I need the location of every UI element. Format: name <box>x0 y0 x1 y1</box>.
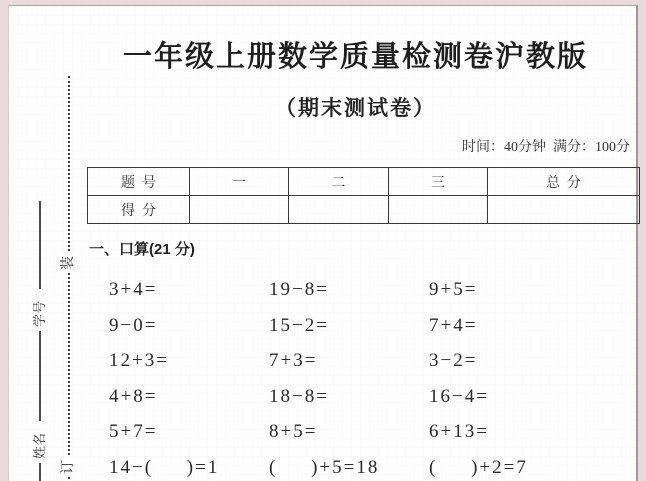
problem-cell: 3−2= <box>429 343 642 379</box>
paper-content: 一年级上册数学质量检测卷沪教版 （期末测试卷） 时间：40分钟 满分：100分 … <box>69 11 642 481</box>
problem-cell: ( )+2=7 <box>429 450 642 481</box>
problem-cell: 19−8= <box>269 272 429 308</box>
problem-cell: 12+3= <box>109 343 269 379</box>
problem-cell: 4+8= <box>109 379 269 415</box>
problem-cell: 3+4= <box>109 272 269 308</box>
score-blank-cell <box>389 196 488 224</box>
problem-cell: 9−0= <box>109 308 269 344</box>
problem-cell: 6+13= <box>429 414 642 450</box>
exam-meta: 时间：40分钟 满分：100分 <box>69 139 642 157</box>
name-blank-line <box>39 331 41 421</box>
student-id-label: 学号 <box>32 300 48 328</box>
score-blank-cell <box>488 196 640 224</box>
name-label: 姓名 <box>32 432 48 460</box>
problem-cell: 14−( )=1 <box>109 450 269 481</box>
score-table: 题 号 一 二 三 总 分 得 分 <box>87 167 640 224</box>
problem-cell: 16−4= <box>429 379 642 415</box>
problem-cell: 5+7= <box>109 414 269 450</box>
score-table-score-row: 得 分 <box>88 196 640 224</box>
problem-cell: 7+3= <box>269 343 429 379</box>
header-cell-question-number: 题 号 <box>88 168 190 196</box>
header-cell-section-one: 一 <box>190 168 289 196</box>
header-cell-section-two: 二 <box>289 168 389 196</box>
problem-cell: 7+4= <box>429 308 642 344</box>
student-id-blank-line <box>39 201 41 289</box>
score-table-header-row: 题 号 一 二 三 总 分 <box>88 168 640 196</box>
score-blank-cell <box>289 196 389 224</box>
page-subtitle: （期末测试卷） <box>69 95 642 121</box>
section-heading-oral-calculation: 一、口算(21 分) <box>89 240 642 260</box>
score-label-cell: 得 分 <box>88 196 190 224</box>
header-cell-total: 总 分 <box>488 168 640 196</box>
problem-cell: ( )+5=18 <box>269 450 429 481</box>
document-page: 装 订 学号 姓名 一年级上册数学质量检测卷沪教版 （期末测试卷） 时间：40分… <box>8 5 638 481</box>
problems-grid: 3+4= 19−8= 9+5= 9−0= 15−2= 7+4= 12+3= 7+… <box>109 272 642 481</box>
problem-cell: 8+5= <box>269 414 429 450</box>
problem-cell: 15−2= <box>269 308 429 344</box>
name-blank-line-end <box>39 463 41 481</box>
score-blank-cell <box>190 196 289 224</box>
header-cell-section-three: 三 <box>389 168 488 196</box>
page-title: 一年级上册数学质量检测卷沪教版 <box>69 39 642 75</box>
problem-cell: 9+5= <box>429 272 642 308</box>
problem-cell: 18−8= <box>269 379 429 415</box>
